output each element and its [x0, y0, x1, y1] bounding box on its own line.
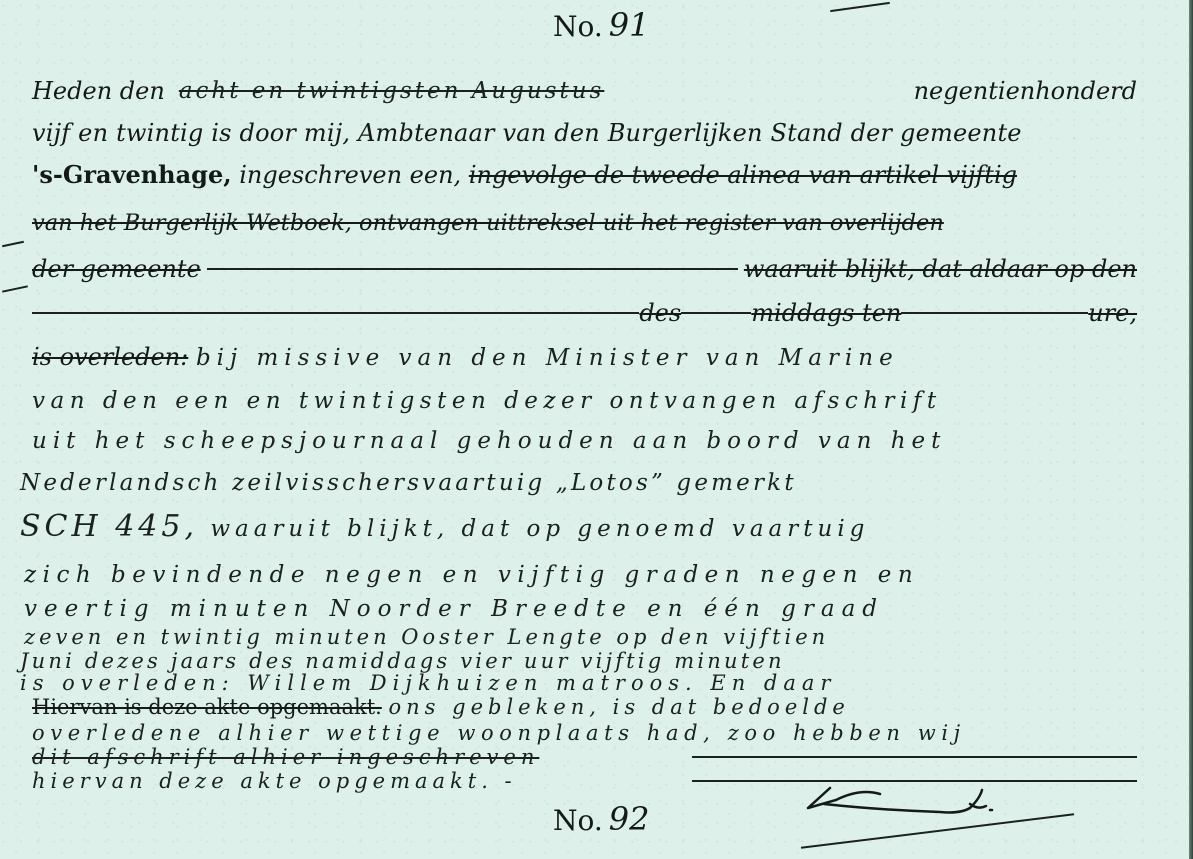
printed-text: negentienhonderd — [914, 76, 1137, 106]
number-value: 91 — [609, 6, 650, 44]
printed-text: Heden den — [32, 76, 165, 106]
fill-rule — [901, 312, 1088, 314]
margin-mark — [2, 285, 28, 292]
handwritten-text: bij missive van den Minister van Marine — [196, 345, 899, 371]
struck-text: waaruit blijkt, dat aldaar op den — [744, 254, 1137, 284]
vessel-mark: SCH 445, — [20, 509, 198, 544]
struck-text: van het Burgerlijk Wetboek, ontvangen ui… — [32, 210, 944, 236]
struck-text: der gemeente — [32, 254, 201, 284]
printed-text: ingeschreven een, — [239, 161, 461, 189]
record-line-4: van het Burgerlijk Wetboek, ontvangen ui… — [32, 208, 1137, 238]
fill-rule — [32, 312, 639, 314]
top-stroke — [830, 2, 890, 12]
handwritten-text: uit het scheepsjournaal gehouden aan boo… — [32, 428, 946, 454]
record-number-footer: No.92 — [553, 800, 649, 838]
handwritten-text: veertig minuten Noorder Breedte en één g… — [24, 596, 884, 622]
record-line-2: vijf en twintig is door mij, Ambtenaar v… — [32, 118, 1137, 148]
record-line-13: veertig minuten Noorder Breedte en één g… — [24, 594, 1129, 624]
struck-text: is overleden: — [32, 343, 188, 371]
handwritten-text: ons gebleken, is dat bedoelde — [389, 695, 850, 719]
handwritten-date: acht en twintigsten Augustus — [179, 76, 900, 106]
record-line-8: van den een en twintigsten dezer ontvang… — [32, 386, 1137, 416]
number-prefix: No. — [553, 804, 603, 837]
record-number-header: No.91 — [553, 6, 649, 44]
fill-rule — [692, 756, 1137, 758]
record-line-10: Nederlandsch zeilvisschersvaartuig „Loto… — [20, 468, 1125, 498]
record-line-3: 's-Gravenhage, ingeschreven een, ingevol… — [32, 160, 1137, 190]
handwritten-text: Nederlandsch zeilvisschersvaartuig „Loto… — [20, 470, 797, 496]
handwritten-text: hiervan deze akte opgemaakt. - — [32, 766, 517, 796]
struck-text: Hiervan is deze akte opgemaakt. — [32, 695, 382, 719]
number-value: 92 — [609, 800, 650, 838]
record-line-5: der gemeente waaruit blijkt, dat aldaar … — [32, 254, 1137, 284]
struck-text: middags ten — [751, 298, 901, 328]
record-line-12: zich bevindende negen en vijftig graden … — [24, 560, 1129, 590]
page-edge — [1189, 0, 1193, 859]
printed-text: vijf en twintig is door mij, Ambtenaar v… — [32, 119, 1022, 147]
record-line-6: des middags ten ure, — [32, 298, 1137, 328]
fill-rule — [681, 312, 751, 314]
handwritten-text: zich bevindende negen en vijftig graden … — [24, 562, 919, 588]
margin-mark — [2, 241, 24, 248]
struck-text: ure, — [1088, 298, 1137, 328]
number-prefix: No. — [553, 10, 603, 43]
struck-text: ingevolge de tweede alinea van artikel v… — [469, 161, 1017, 189]
record-line-1: Heden den acht en twintigsten Augustus n… — [32, 76, 1137, 106]
fill-rule — [207, 268, 738, 270]
handwritten-text: van den een en twintigsten dezer ontvang… — [32, 388, 942, 414]
municipality-name: 's-Gravenhage, — [32, 160, 232, 189]
struck-text: des — [639, 298, 681, 328]
document-page: No.91 Heden den acht en twintigsten Augu… — [0, 0, 1193, 859]
record-line-7: is overleden: bij missive van den Minist… — [32, 342, 1137, 373]
record-line-9: uit het scheepsjournaal gehouden aan boo… — [32, 426, 1137, 456]
record-line-11: SCH 445, waaruit blijkt, dat op genoemd … — [20, 512, 1125, 544]
handwritten-text: waaruit blijkt, dat op genoemd vaartuig — [210, 516, 869, 542]
